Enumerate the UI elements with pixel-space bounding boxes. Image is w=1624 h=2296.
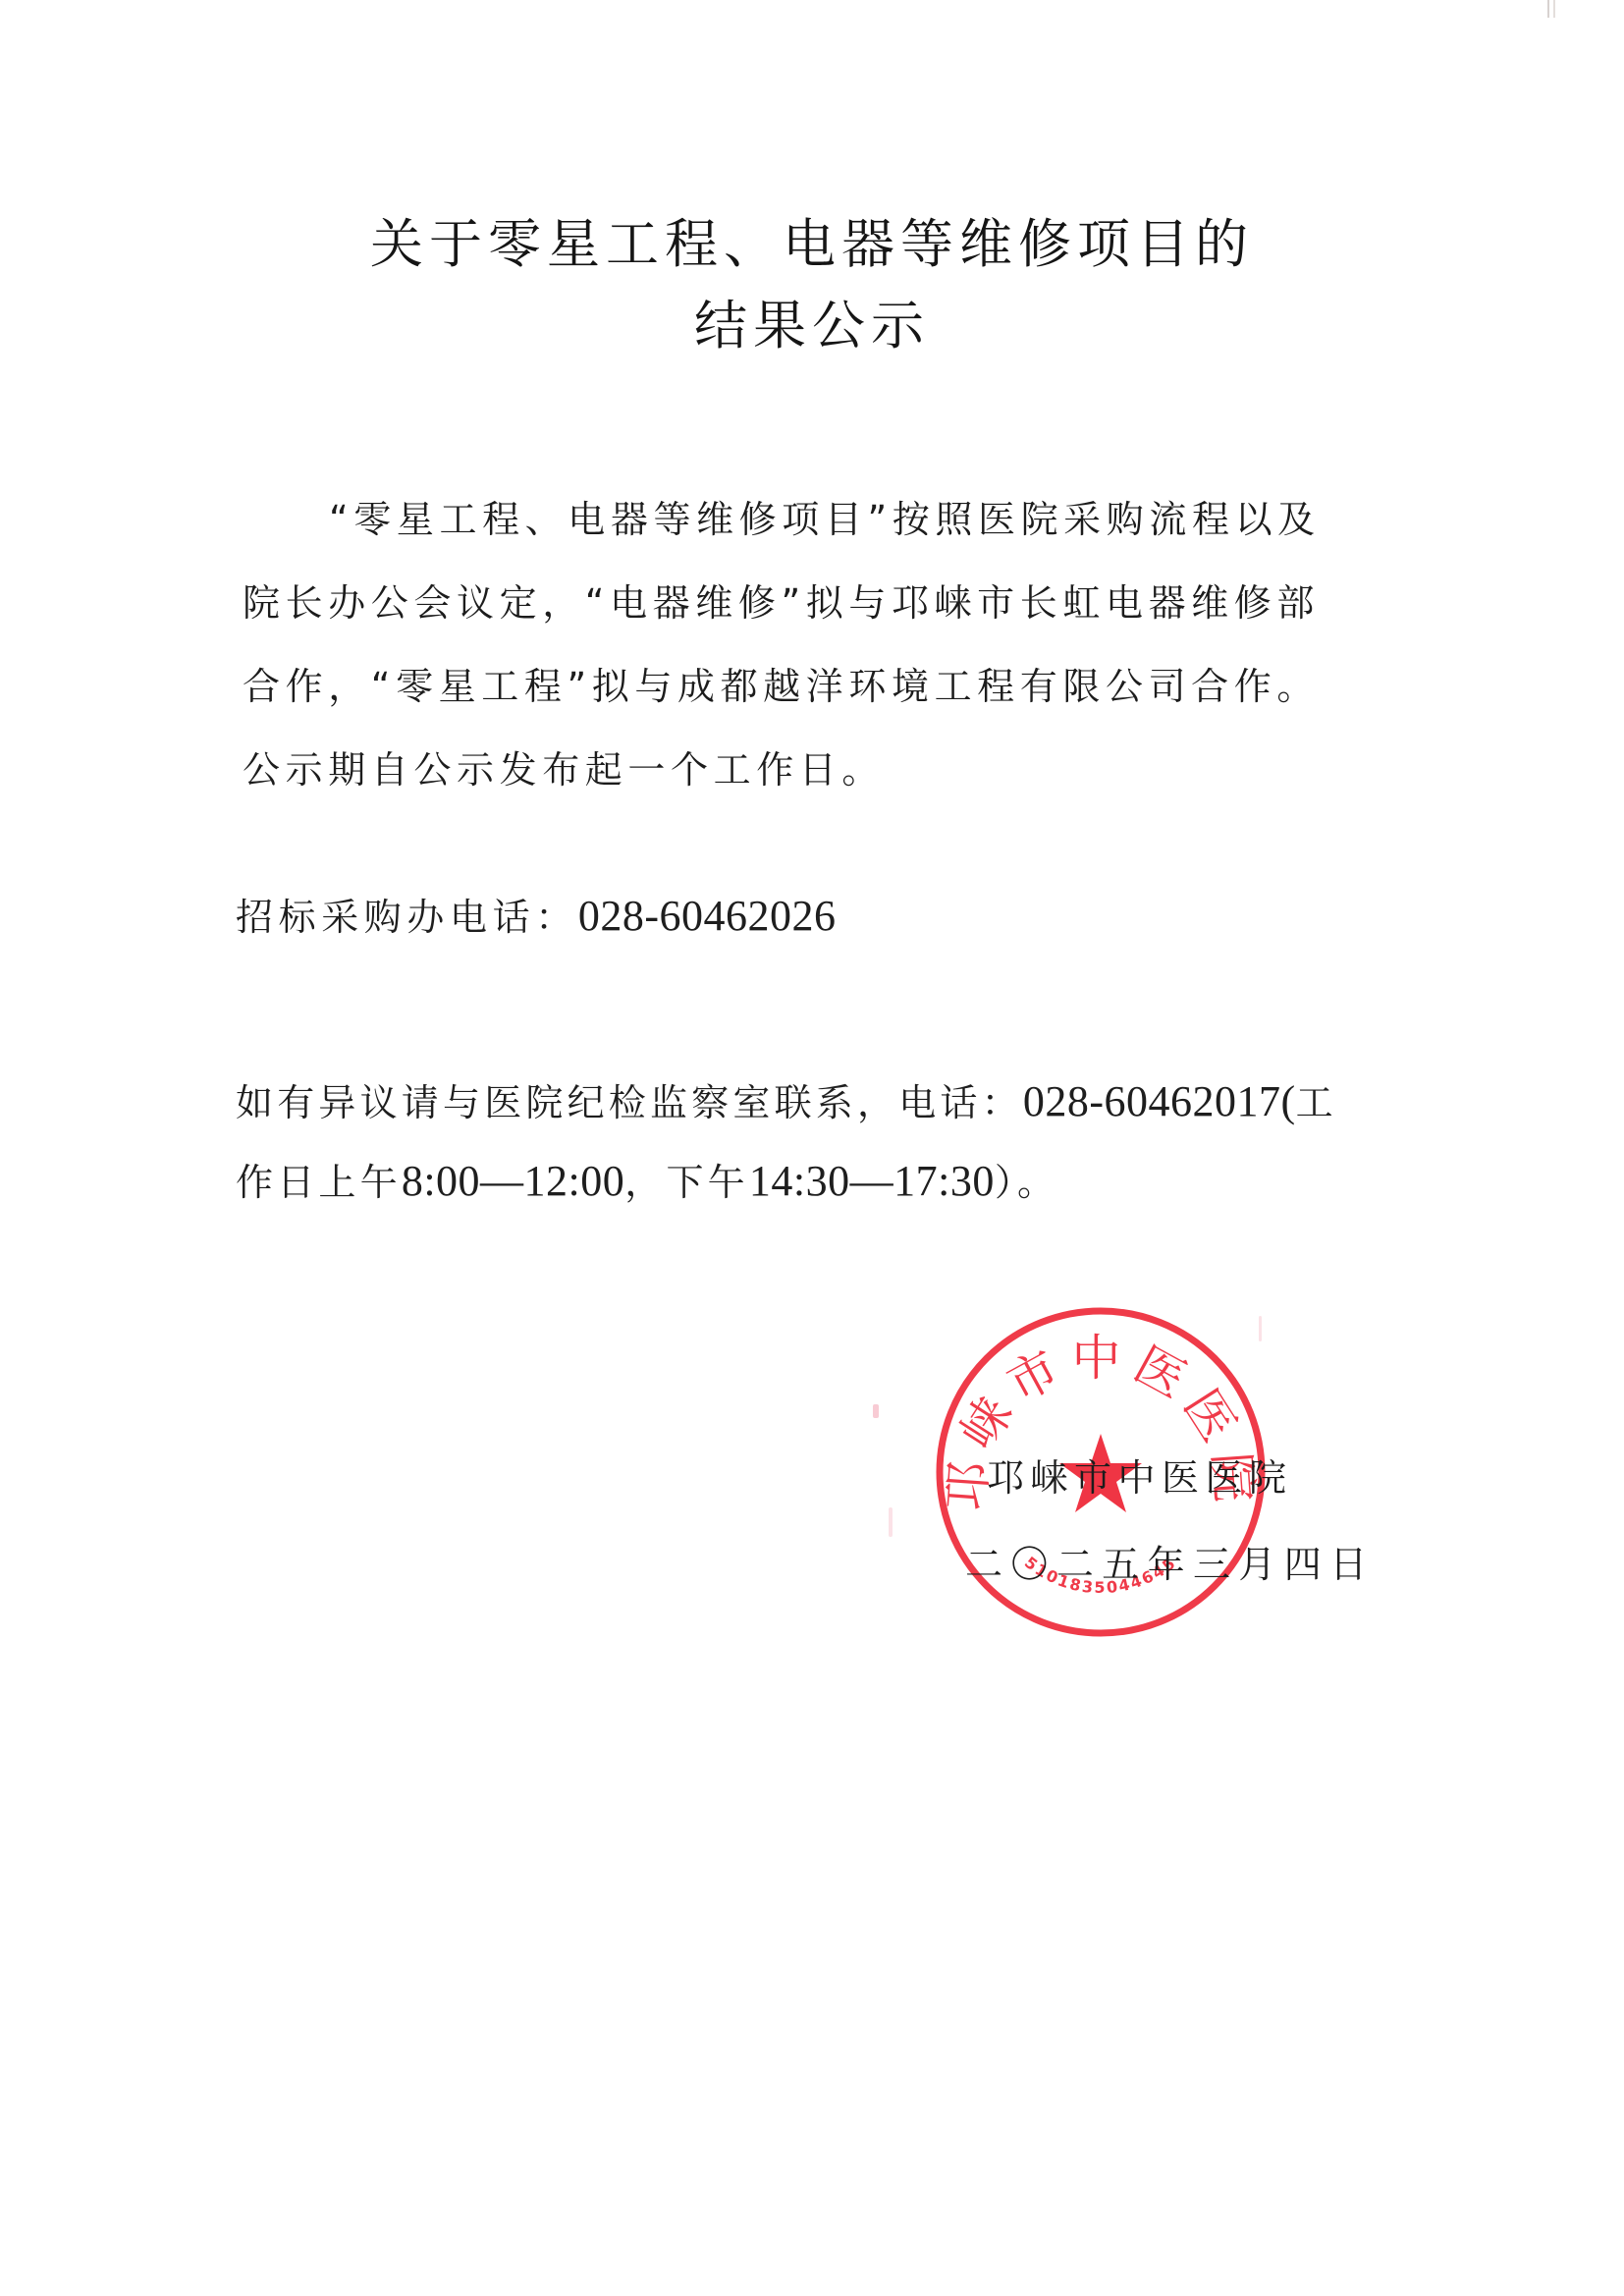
procurement-phone-label: 招标采购办电话： <box>236 896 578 939</box>
signature-date: 二〇二五年三月四日 <box>965 1540 1376 1589</box>
morning-hours: 8:00—12:00 <box>402 1157 624 1205</box>
document-title-line-1: 关于零星工程、电器等维修项目的 <box>0 218 1624 271</box>
hours-prefix: 作日上午 <box>236 1161 402 1204</box>
paragraph-line: “零星工程、电器等维修项目”按照医院采购流程以及 <box>243 478 1381 562</box>
objection-line-2: 作日上午8:00—12:00，下午14:30—17:30）。 <box>236 1142 1337 1222</box>
paragraph-line: 合作，“零星工程”拟与成都越洋环境工程有限公司合作。 <box>243 645 1381 729</box>
afternoon-hours: 14:30—17:30 <box>749 1157 995 1205</box>
objection-contact: 如有异议请与医院纪检监察室联系，电话：028-60462017(工 作日上午8:… <box>236 1063 1337 1222</box>
paragraph-line: 院长办公会议定，“电器维修”拟与邛崃市长虹电器维修部 <box>243 562 1381 645</box>
signature-organization: 邛崃市中医医院 <box>987 1453 1293 1503</box>
hours-mid: ，下午 <box>624 1161 749 1204</box>
objection-text: 如有异议请与医院纪检监察室联系，电话： <box>236 1081 1023 1124</box>
announcement-paragraph: “零星工程、电器等维修项目”按照医院采购流程以及 院长办公会议定，“电器维修”拟… <box>243 478 1381 812</box>
stamp-smudge <box>889 1507 893 1537</box>
paragraph-line: 公示期自公示发布起一个工作日。 <box>243 729 1381 812</box>
objection-tail: 工 <box>1296 1081 1337 1124</box>
objection-line-1: 如有异议请与医院纪检监察室联系，电话：028-60462017(工 <box>236 1063 1337 1142</box>
procurement-phone: 招标采购办电话：028-60462026 <box>236 892 836 942</box>
document-title-line-2: 结果公示 <box>0 300 1624 353</box>
stamp-smudge <box>1259 1316 1262 1341</box>
hours-end: ）。 <box>995 1161 1058 1204</box>
objection-phone-number: 028-60462017( <box>1023 1077 1296 1125</box>
stamp-smudge <box>873 1404 879 1418</box>
scan-edge-artifact <box>1547 0 1555 18</box>
procurement-phone-number: 028-60462026 <box>578 892 837 940</box>
